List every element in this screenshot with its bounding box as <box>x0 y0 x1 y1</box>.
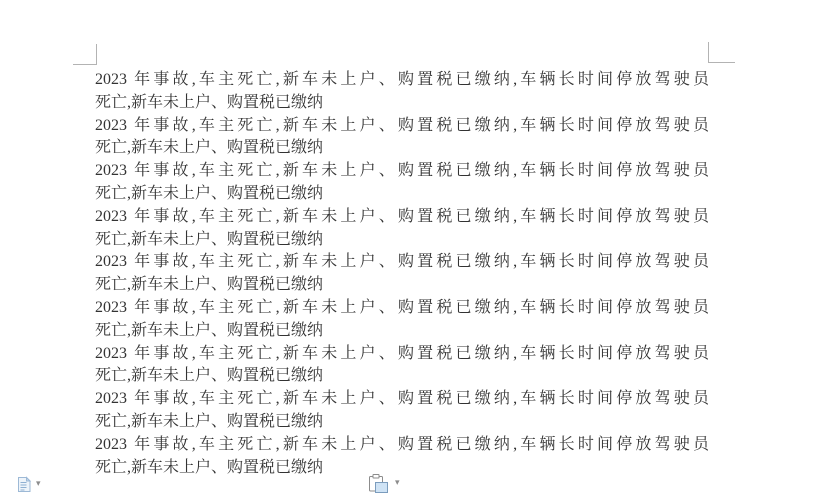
paragraph-line[interactable]: 死亡,新车未上户、购置税已缴纳 <box>95 137 709 160</box>
paragraph: 2023 年事故,车主死亡,新车未上户、购置税已缴纳,车辆长时间停放驾驶员 死亡… <box>95 115 709 161</box>
paragraph-line[interactable]: 2023 年事故,车主死亡,新车未上户、购置税已缴纳,车辆长时间停放驾驶员 <box>95 343 709 366</box>
paragraph: 2023 年事故,车主死亡,新车未上户、购置税已缴纳,车辆长时间停放驾驶员 死亡… <box>95 251 709 297</box>
paragraph-line[interactable]: 2023 年事故,车主死亡,新车未上户、购置税已缴纳,车辆长时间停放驾驶员 <box>95 434 709 457</box>
paragraph-line[interactable]: 死亡,新车未上户、购置税已缴纳 <box>95 365 709 388</box>
dropdown-arrow-icon: ▾ <box>36 480 41 489</box>
paragraph: 2023 年事故,车主死亡,新车未上户、购置税已缴纳,车辆长时间停放驾驶员 死亡… <box>95 160 709 206</box>
paragraph-line[interactable]: 2023 年事故,车主死亡,新车未上户、购置税已缴纳,车辆长时间停放驾驶员 <box>95 251 709 274</box>
paragraph-line[interactable]: 2023 年事故,车主死亡,新车未上户、购置税已缴纳,车辆长时间停放驾驶员 <box>95 115 709 138</box>
paragraph-line[interactable]: 死亡,新车未上户、购置税已缴纳 <box>95 320 709 343</box>
document-text-area[interactable]: 2023 年事故,车主死亡,新车未上户、购置税已缴纳,车辆长时间停放驾驶员 死亡… <box>95 69 709 479</box>
paragraph: 2023 年事故,车主死亡,新车未上户、购置税已缴纳,车辆长时间停放驾驶员 死亡… <box>95 69 709 115</box>
paste-document-icon <box>16 476 32 496</box>
paragraph-line[interactable]: 死亡,新车未上户、购置税已缴纳 <box>95 183 709 206</box>
paragraph: 2023 年事故,车主死亡,新车未上户、购置税已缴纳,车辆长时间停放驾驶员 死亡… <box>95 434 709 480</box>
clipboard-paste-icon <box>368 474 391 497</box>
paste-options-button-end[interactable]: ▾ <box>368 474 400 497</box>
paragraph-line[interactable]: 死亡,新车未上户、购置税已缴纳 <box>95 274 709 297</box>
paragraph-line[interactable]: 2023 年事故,车主死亡,新车未上户、购置税已缴纳,车辆长时间停放驾驶员 <box>95 388 709 411</box>
document-page: 2023 年事故,车主死亡,新车未上户、购置税已缴纳,车辆长时间停放驾驶员 死亡… <box>0 0 830 499</box>
paragraph-line[interactable]: 死亡,新车未上户、购置税已缴纳 <box>95 92 709 115</box>
paste-options-button-inline[interactable]: ▾ <box>16 476 41 496</box>
paragraph-line[interactable]: 死亡,新车未上户、购置税已缴纳 <box>95 229 709 252</box>
paragraph: 2023 年事故,车主死亡,新车未上户、购置税已缴纳,车辆长时间停放驾驶员 死亡… <box>95 343 709 389</box>
paragraph: 2023 年事故,车主死亡,新车未上户、购置税已缴纳,车辆长时间停放驾驶员 死亡… <box>95 388 709 434</box>
paragraph-line[interactable]: 2023 年事故,车主死亡,新车未上户、购置税已缴纳,车辆长时间停放驾驶员 <box>95 69 709 92</box>
dropdown-arrow-icon: ▾ <box>395 479 400 488</box>
paragraph: 2023 年事故,车主死亡,新车未上户、购置税已缴纳,车辆长时间停放驾驶员 死亡… <box>95 206 709 252</box>
paragraph-line[interactable]: 2023 年事故,车主死亡,新车未上户、购置税已缴纳,车辆长时间停放驾驶员 <box>95 297 709 320</box>
paragraph-line[interactable]: 死亡,新车未上户、购置税已缴纳 <box>95 457 709 480</box>
paragraph-line[interactable]: 2023 年事故,车主死亡,新车未上户、购置税已缴纳,车辆长时间停放驾驶员 <box>95 160 709 183</box>
text-boundary-mark-top-right <box>708 42 735 63</box>
paragraph: 2023 年事故,车主死亡,新车未上户、购置税已缴纳,车辆长时间停放驾驶员 死亡… <box>95 297 709 343</box>
paragraph-line[interactable]: 2023 年事故,车主死亡,新车未上户、购置税已缴纳,车辆长时间停放驾驶员 <box>95 206 709 229</box>
text-boundary-mark-top-left <box>73 44 97 65</box>
paragraph-line[interactable]: 死亡,新车未上户、购置税已缴纳 <box>95 411 709 434</box>
